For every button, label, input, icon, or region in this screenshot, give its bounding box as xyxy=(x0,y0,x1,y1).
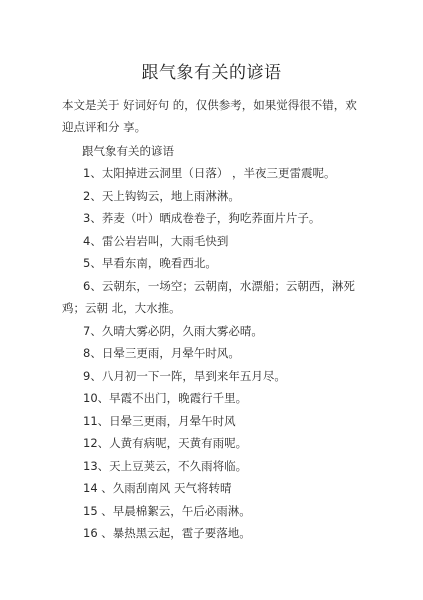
list-item: 11、日晕三更雨，月晕午时风 xyxy=(62,410,372,433)
list-item: 14 、久雨刮南风 天气将转晴 xyxy=(62,477,372,500)
document-title: 跟气象有关的谚语 xyxy=(0,61,423,85)
list-item: 7、久晴大雾必阴，久雨大雾必晴。 xyxy=(62,320,372,343)
list-item: 12、人黄有病呢，天黄有雨呢。 xyxy=(62,432,372,455)
list-item: 3、荞麦（叶）晒成卷卷子，狗吃荞面片片子。 xyxy=(62,207,372,230)
list-item: 2、天上钩钩云，地上雨淋淋。 xyxy=(62,185,372,208)
list-item: 16 、暴热黑云起，雹子要落地。 xyxy=(62,522,372,545)
section-subtitle: 跟气象有关的谚语 xyxy=(82,140,174,162)
list-item: 13、天上豆荚云，不久雨将临。 xyxy=(62,455,372,478)
list-item: 10、早霞不出门，晚霞行千里。 xyxy=(62,387,372,410)
document-page: 跟气象有关的谚语 本文是关于 好词好句 的，仅供参考，如果觉得很不错，欢迎点评和… xyxy=(0,0,423,600)
list-item: 6、云朝东，一场空；云朝南，水漂船；云朝西，淋死鸡；云朝 北，大水推。 xyxy=(62,275,372,320)
intro-paragraph: 本文是关于 好词好句 的，仅供参考，如果觉得很不错，欢迎点评和分 享。 xyxy=(62,94,362,138)
list-item: 1、太阳掉进云洞里（日落） ，半夜三更雷震呢。 xyxy=(62,162,372,185)
list-item: 4、雷公岩岩叫，大雨毛快到 xyxy=(62,230,372,253)
proverb-list: 1、太阳掉进云洞里（日落） ，半夜三更雷震呢。 2、天上钩钩云，地上雨淋淋。 3… xyxy=(62,162,372,545)
list-item: 5、早看东南，晚看西北。 xyxy=(62,252,372,275)
list-item: 9、八月初一下一阵，旱到来年五月尽。 xyxy=(62,365,372,388)
list-item: 8、日晕三更雨，月晕午时风。 xyxy=(62,342,372,365)
list-item: 15 、早晨棉絮云，午后必雨淋。 xyxy=(62,500,372,523)
